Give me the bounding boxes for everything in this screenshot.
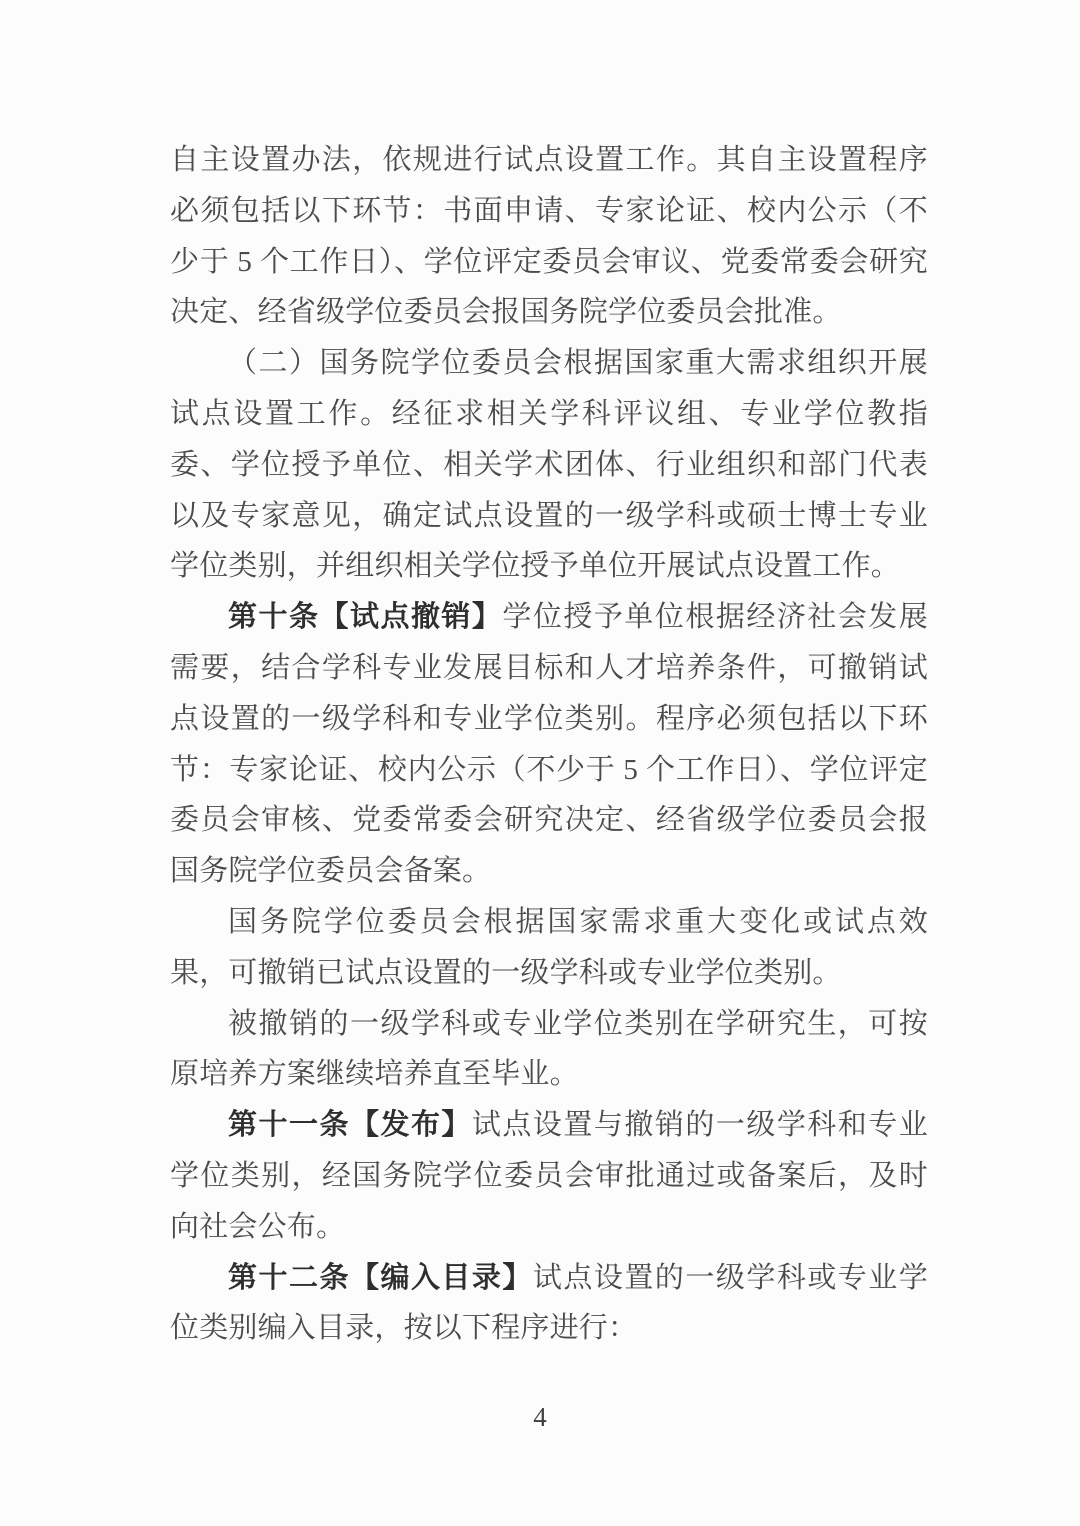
paragraph-text: 国务院学位委员会根据国家需求重大变化或试点效果，可撤销已试点设置的一级学科或专业…	[170, 906, 928, 989]
article-10-heading: 第十条【试点撤销】	[228, 601, 502, 633]
paragraph-article-11: 第十一条【发布】试点设置与撤销的一级学科和专业学位类别，经国务院学位委员会审批通…	[170, 1100, 928, 1252]
article-11-heading: 第十一条【发布】	[228, 1109, 472, 1141]
document-body: 自主设置办法，依规进行试点设置工作。其自主设置程序必须包括以下环节：书面申请、专…	[170, 135, 928, 1354]
paragraph-text: 被撤销的一级学科或专业学位类别在学研究生，可按原培养方案继续培养直至毕业。	[170, 1008, 928, 1091]
paragraph-text: 学位授予单位根据经济社会发展需要，结合学科专业发展目标和人才培养条件，可撤销试点…	[170, 601, 928, 887]
paragraph-revoked-students: 被撤销的一级学科或专业学位类别在学研究生，可按原培养方案继续培养直至毕业。	[170, 999, 928, 1101]
document-page: 自主设置办法，依规进行试点设置工作。其自主设置程序必须包括以下环节：书面申请、专…	[0, 0, 1080, 1526]
paragraph-text: 自主设置办法，依规进行试点设置工作。其自主设置程序必须包括以下环节：书面申请、专…	[170, 144, 928, 328]
paragraph-state-council-revoke: 国务院学位委员会根据国家需求重大变化或试点效果，可撤销已试点设置的一级学科或专业…	[170, 897, 928, 999]
paragraph-item-two: （二）国务院学位委员会根据国家重大需求组织开展试点设置工作。经征求相关学科评议组…	[170, 338, 928, 592]
paragraph-article-12: 第十二条【编入目录】试点设置的一级学科或专业学位类别编入目录，按以下程序进行：	[170, 1253, 928, 1355]
page-number: 4	[0, 1402, 1080, 1433]
paragraph-continuation: 自主设置办法，依规进行试点设置工作。其自主设置程序必须包括以下环节：书面申请、专…	[170, 135, 928, 338]
paragraph-text: （二）国务院学位委员会根据国家重大需求组织开展试点设置工作。经征求相关学科评议组…	[170, 347, 928, 582]
article-12-heading: 第十二条【编入目录】	[228, 1262, 533, 1294]
paragraph-article-10: 第十条【试点撤销】学位授予单位根据经济社会发展需要，结合学科专业发展目标和人才培…	[170, 592, 928, 897]
